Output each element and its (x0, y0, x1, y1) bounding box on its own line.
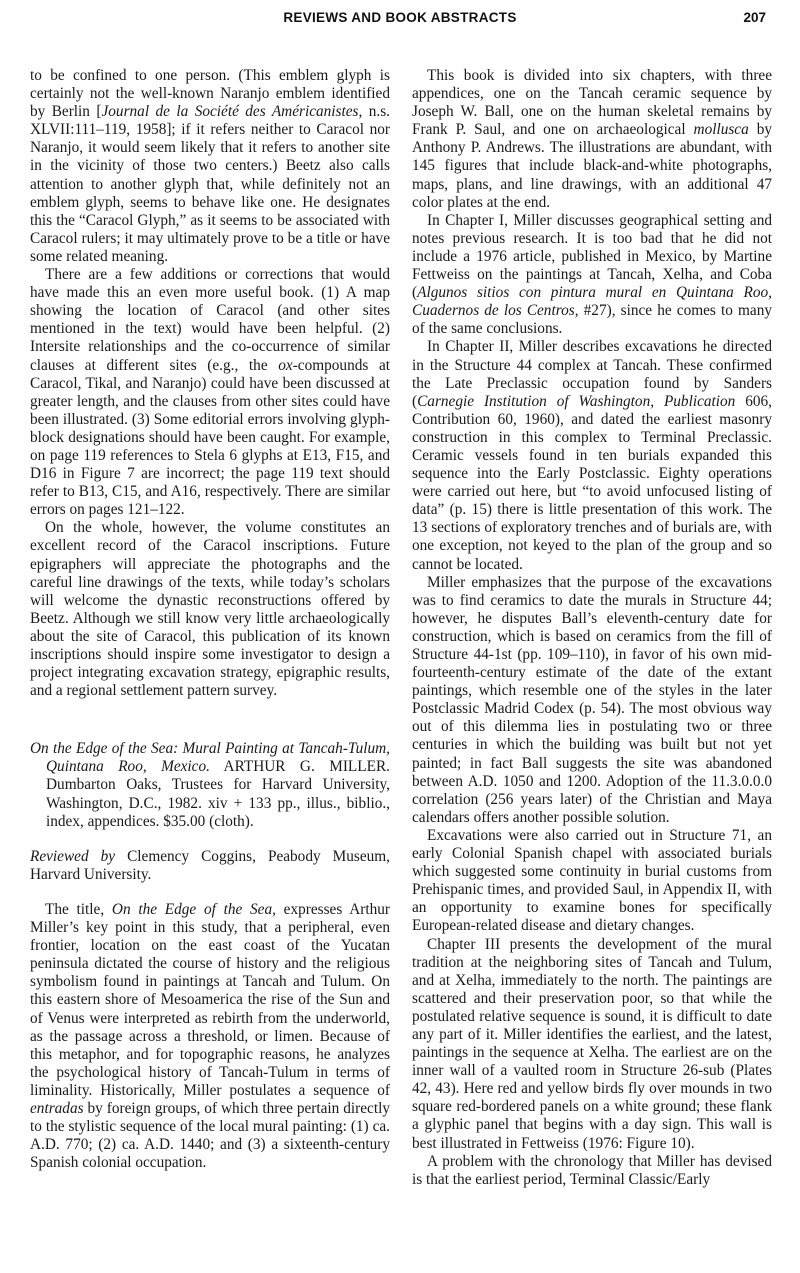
book-citation: On the Edge of the Sea: Mural Painting a… (30, 740, 390, 830)
text-run: expresses Arthur Miller’s key point in t… (30, 901, 390, 1099)
italic-text-run: ox (278, 357, 292, 374)
paragraph: Chapter III presents the development of … (412, 936, 772, 1153)
text-run: Miller emphasizes that the purpose of th… (412, 574, 772, 826)
paragraph: In Chapter I, Miller discusses geographi… (412, 212, 772, 339)
page-number: 207 (743, 10, 766, 25)
paragraph: On the whole, however, the volume consti… (30, 519, 390, 700)
italic-text-run: Carnegie Institution of Washington, Publ… (417, 393, 735, 410)
right-column: This book is divided into six chapters, … (412, 67, 772, 1189)
continuation-paragraph: to be confined to one person. (This embl… (30, 67, 390, 266)
text-run: A problem with the chronology that Mille… (412, 1153, 772, 1188)
paragraph: Miller emphasizes that the purpose of th… (412, 574, 772, 827)
paragraph: A problem with the chronology that Mille… (412, 1153, 772, 1189)
text-run: Chapter III presents the development of … (412, 936, 772, 1152)
journal-page: REVIEWS AND BOOK ABSTRACTS 207 to be con… (0, 0, 800, 1273)
text-run: On the whole, however, the volume consti… (30, 519, 390, 699)
left-column: to be confined to one person. (This embl… (30, 67, 390, 1189)
paragraph: The title, On the Edge of the Sea, expre… (30, 901, 390, 1172)
text-columns: to be confined to one person. (This embl… (30, 67, 772, 1189)
text-run: Excavations were also carried out in Str… (412, 827, 772, 934)
running-head-title: REVIEWS AND BOOK ABSTRACTS (0, 10, 800, 25)
italic-text-run: mollusca (694, 121, 749, 138)
text-run: n.s. XLVII:111–119, 1958]; if it refers … (30, 103, 390, 265)
paragraph: This book is divided into six chapters, … (412, 67, 772, 212)
italic-text-run: On the Edge of the Sea, (112, 901, 276, 918)
italic-text-run: Reviewed by (30, 848, 115, 865)
italic-text-run: entradas (30, 1100, 84, 1117)
paragraph: In Chapter II, Miller describes excavati… (412, 338, 772, 573)
italic-text-run: Journal de la Société des Américanistes, (101, 103, 362, 120)
reviewer-line: Reviewed by Clemency Coggins, Peabody Mu… (30, 848, 390, 884)
text-run: -compounds at Caracol, Tikal, and Naranj… (30, 357, 390, 519)
text-run: The title, (45, 901, 112, 918)
text-run: by foreign groups, of which three pertai… (30, 1100, 390, 1171)
paragraph: There are a few additions or corrections… (30, 266, 390, 519)
text-run: 606, Contribution 60, 1960), and dated t… (412, 393, 772, 573)
paragraph: Excavations were also carried out in Str… (412, 827, 772, 936)
